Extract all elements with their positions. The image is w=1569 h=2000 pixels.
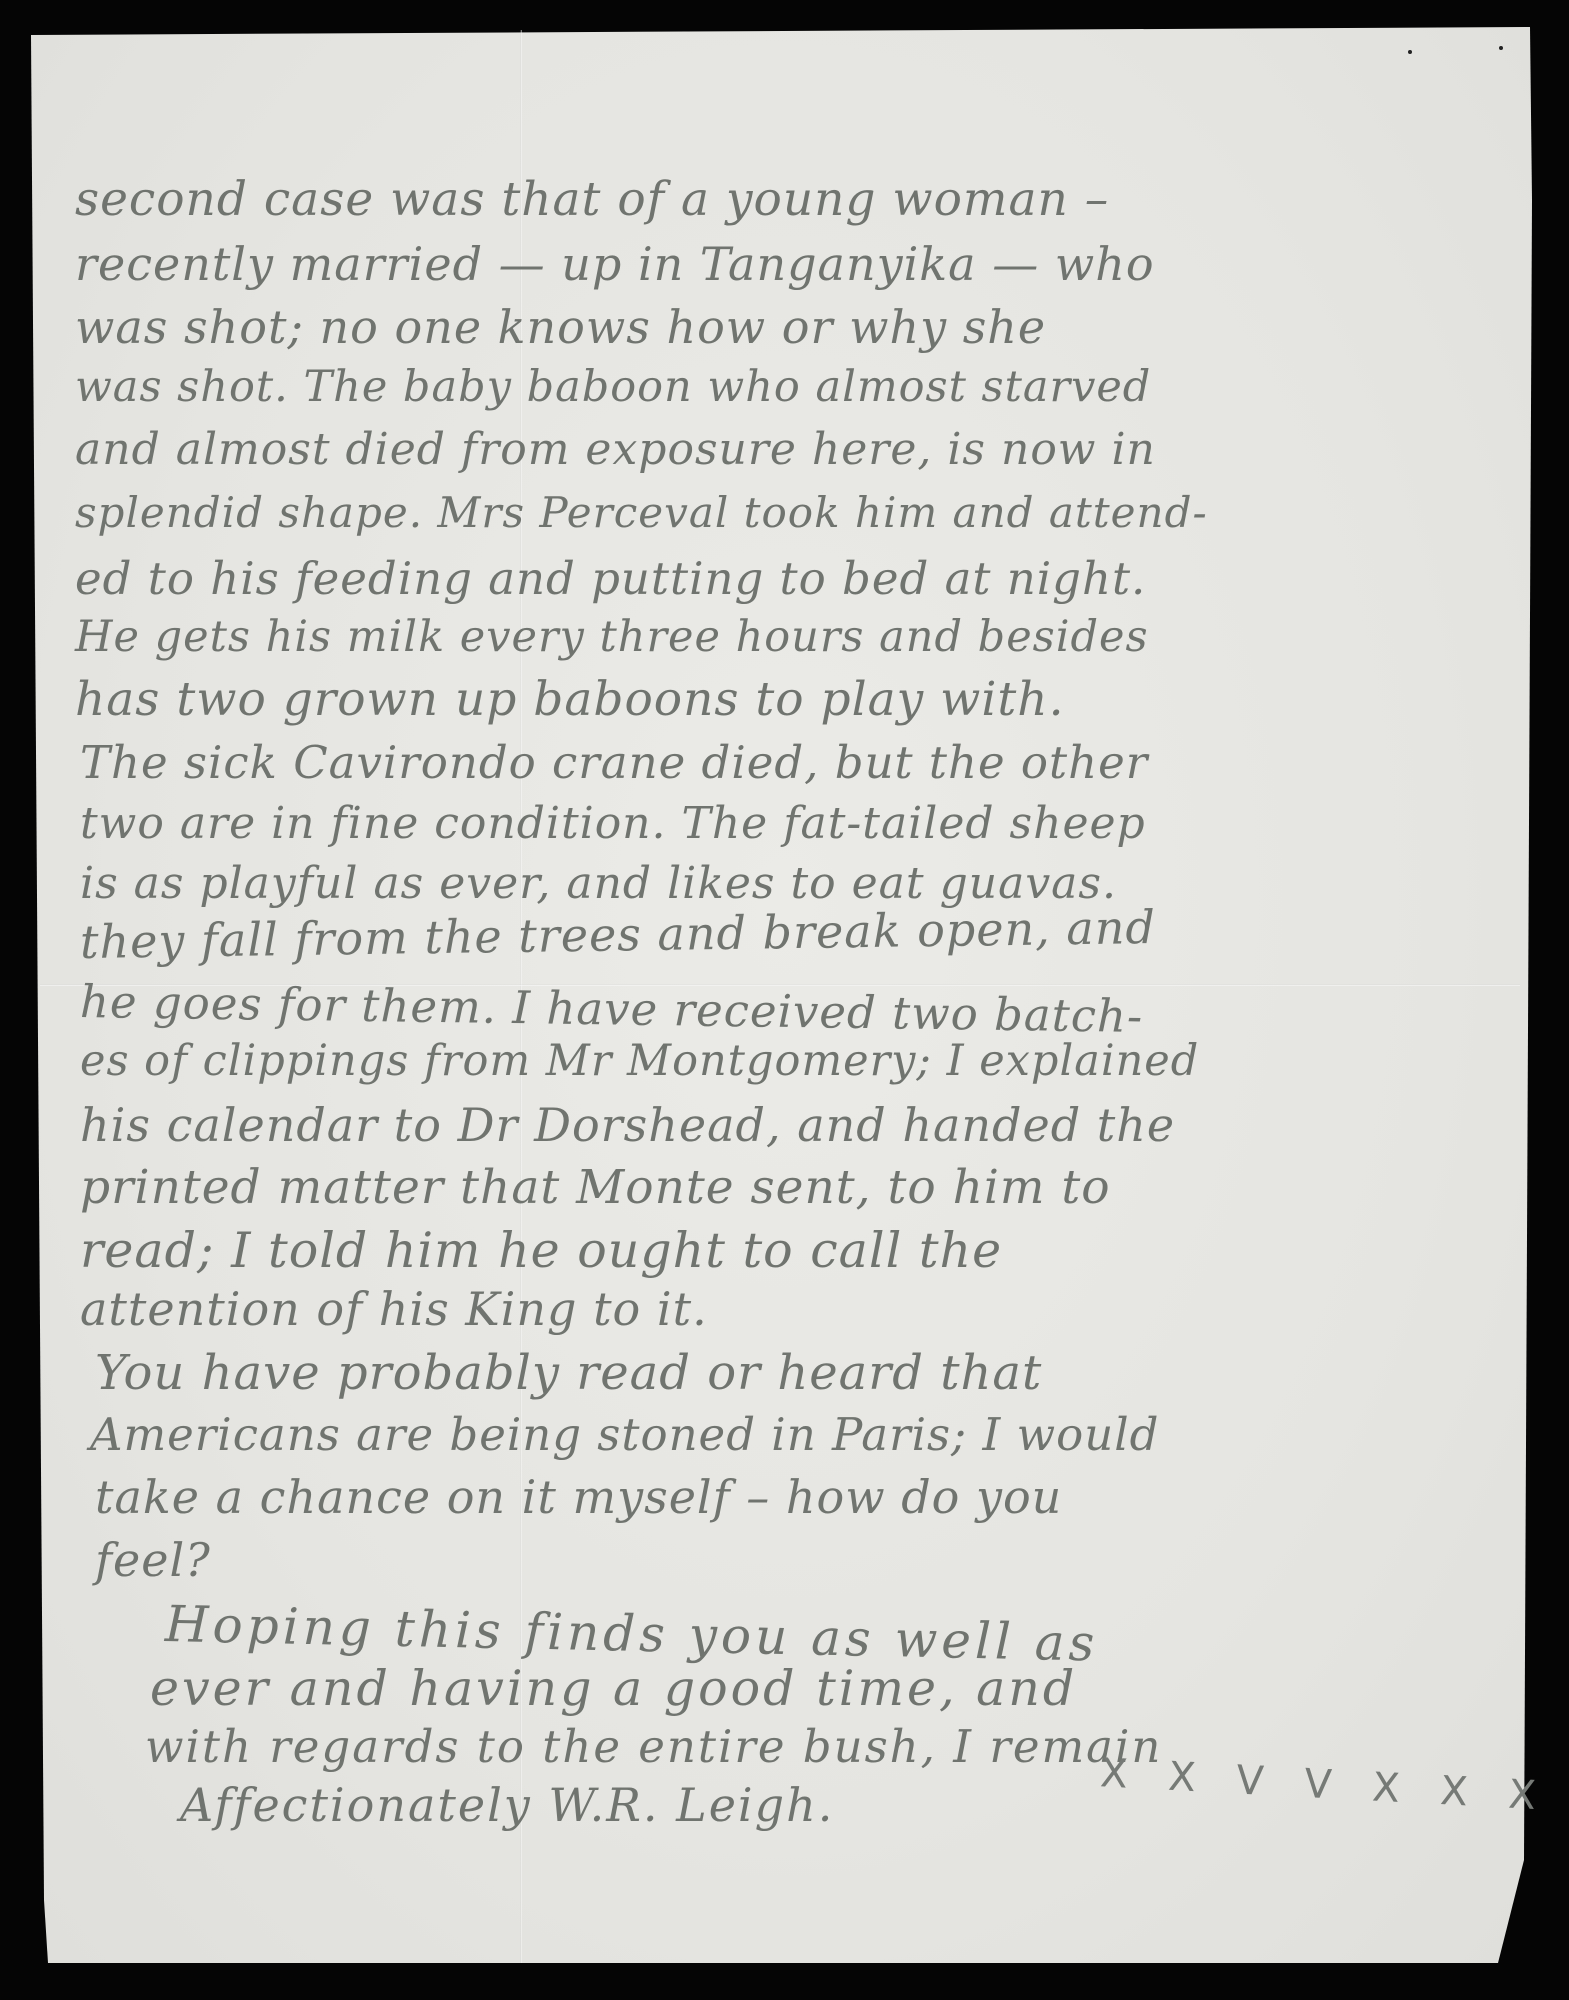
letter-line: is as playful as ever, and likes to eat … xyxy=(80,858,1117,909)
letter-line: and almost died from exposure here, is n… xyxy=(75,424,1156,475)
letter-line: was shot; no one knows how or why she xyxy=(75,300,1046,354)
letter-line: He gets his milk every three hours and b… xyxy=(75,612,1149,662)
letter-line: feel? xyxy=(95,1533,211,1587)
letter-line: was shot. The baby baboon who almost sta… xyxy=(75,362,1151,412)
letter-line: You have probably read or heard that xyxy=(95,1345,1042,1401)
letter-line: with regards to the entire bush, I remai… xyxy=(145,1720,1162,1773)
letter-line: Americans are being stoned in Paris; I w… xyxy=(90,1408,1159,1461)
letter-line: The sick Cavirondo crane died, but the o… xyxy=(80,736,1148,789)
paper-speck xyxy=(1408,50,1412,54)
letter-line: es of clippings from Mr Montgomery; I ex… xyxy=(80,1036,1199,1086)
letter-line: read; I told him he ought to call the xyxy=(80,1222,1002,1279)
letter-line: his calendar to Dr Dorshead, and handed … xyxy=(80,1098,1175,1152)
letter-line: recently married — up in Tanganyika — wh… xyxy=(75,237,1155,291)
signature-line: Affectionately W.R. Leigh. xyxy=(180,1778,834,1832)
letter-line: attention of his King to it. xyxy=(80,1282,708,1336)
letter-line: ed to his feeding and putting to bed at … xyxy=(75,552,1146,605)
letter-line: splendid shape. Mrs Perceval took him an… xyxy=(75,488,1208,537)
letter-line: two are in fine condition. The fat-taile… xyxy=(80,798,1146,849)
letter-line: second case was that of a young woman – xyxy=(75,172,1109,227)
letter-line: ever and having a good time, and xyxy=(150,1660,1077,1717)
letter-line: take a chance on it myself – how do you xyxy=(95,1470,1062,1524)
paper-speck xyxy=(1499,46,1503,50)
letter-line: has two grown up baboons to play with. xyxy=(75,672,1065,727)
letter-line: printed matter that Monte sent, to him t… xyxy=(80,1160,1111,1215)
